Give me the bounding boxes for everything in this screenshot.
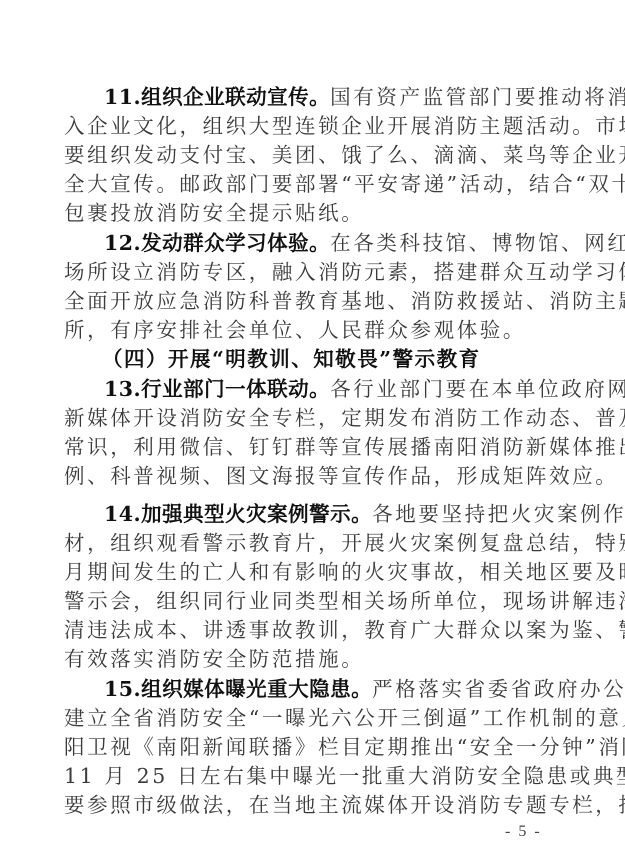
paragraph-11-line-2: 入企业文化，组织大型连锁企业开展消防主题活动。市场监管部门: [64, 112, 562, 141]
paragraph-13-title: 13.行业部门一体联动。: [104, 377, 330, 401]
paragraph-14-line-4: 警示会，组织同行业同类型相关场所单位，现场讲解违法情节、讲: [64, 587, 562, 616]
paragraph-14-line-1: 14.加强典型火灾案例警示。各地要坚持把火灾案例作为鲜活教: [104, 500, 562, 529]
paragraph-13-line-2: 新媒体开设消防安全专栏，定期发布消防工作动态、普及消防安全: [64, 404, 562, 433]
paragraph-12-line-3: 全面开放应急消防科普教育基地、消防救援站、消防主题公园等场: [64, 287, 562, 316]
paragraph-12-line-1: 12.发动群众学习体验。在各类科技馆、博物馆、网红打卡地等: [104, 229, 562, 258]
section-heading-4: （四）开展“明教训、知敬畏”警示教育: [102, 345, 481, 374]
paragraph-15-title: 15.组织媒体曝光重大隐患。: [104, 677, 372, 701]
paragraph-11-line-1: 11.组织企业联动宣传。国有资产监管部门要推动将消防宣传纳: [104, 83, 562, 112]
paragraph-15-line-2: 建立全省消防安全“一曝光六公开三倒逼”工作机制的意见》，在南: [64, 704, 562, 733]
paragraph-12-title: 12.发动群众学习体验。: [104, 231, 330, 255]
paragraph-14-line-2: 材，组织观看警示教育片，开展火灾案例复盘总结，特别是对宣传: [64, 529, 562, 558]
paragraph-13-line-3: 常识，利用微信、钉钉群等宣传展播南阳消防新媒体推出的火灾案: [64, 433, 562, 462]
paragraph-12-line-2: 场所设立消防专区，融入消防元素，搭建群众互动学习体验平台。: [64, 258, 562, 287]
paragraph-11-title: 11.组织企业联动宣传。: [104, 85, 330, 109]
document-page: 11.组织企业联动宣传。国有资产监管部门要推动将消防宣传纳 入企业文化，组织大型…: [0, 0, 625, 860]
paragraph-12-text: 在各类科技馆、博物馆、网红打卡地等: [330, 231, 625, 255]
page-number: - 5 -: [505, 820, 542, 844]
paragraph-15-text: 严格落实省委省政府办公厅《关于: [372, 677, 625, 701]
paragraph-14-text: 各地要坚持把火灾案例作为鲜活教: [372, 502, 625, 526]
paragraph-15-line-4: 11 月 25 日左右集中曝光一批重大消防安全隐患或典型案例。各地: [64, 762, 562, 791]
paragraph-12-line-4: 所，有序安排社会单位、人民群众参观体验。: [64, 316, 562, 345]
paragraph-11-line-4: 全大宣传。邮政部门要部署“平安寄递”活动，结合“双十一”在快递、: [64, 170, 562, 199]
paragraph-13-text: 各行业部门要在本单位政府网站和政务: [330, 377, 625, 401]
paragraph-14-line-6: 有效落实消防安全防范措施。: [64, 645, 562, 674]
paragraph-14-title: 14.加强典型火灾案例警示。: [104, 502, 372, 526]
paragraph-13-line-4: 例、科普视频、图文海报等宣传作品，形成矩阵效应。: [64, 462, 562, 491]
paragraph-14-line-3: 月期间发生的亡人和有影响的火灾事故，相关地区要及时召开曝光: [64, 558, 562, 587]
paragraph-13-line-1: 13.行业部门一体联动。各行业部门要在本单位政府网站和政务: [104, 375, 562, 404]
paragraph-15-line-1: 15.组织媒体曝光重大隐患。严格落实省委省政府办公厅《关于: [104, 675, 562, 704]
paragraph-15-line-5: 要参照市级做法，在当地主流媒体开设消防专题专栏，按照“应曝即: [64, 791, 562, 820]
paragraph-15-line-3: 阳卫视《南阳新闻联播》栏目定期推出“安全一分钟”消防科普节目，: [64, 733, 562, 762]
paragraph-11-line-5: 包裹投放消防安全提示贴纸。: [64, 199, 562, 228]
paragraph-11-text: 国有资产监管部门要推动将消防宣传纳: [330, 85, 625, 109]
paragraph-14-line-5: 清违法成本、讲透事故教训，教育广大群众以案为鉴、警醒起来，: [64, 616, 562, 645]
paragraph-11-line-3: 要组织发动支付宝、美团、饿了么、滴滴、菜鸟等企业开展消防安: [64, 141, 562, 170]
